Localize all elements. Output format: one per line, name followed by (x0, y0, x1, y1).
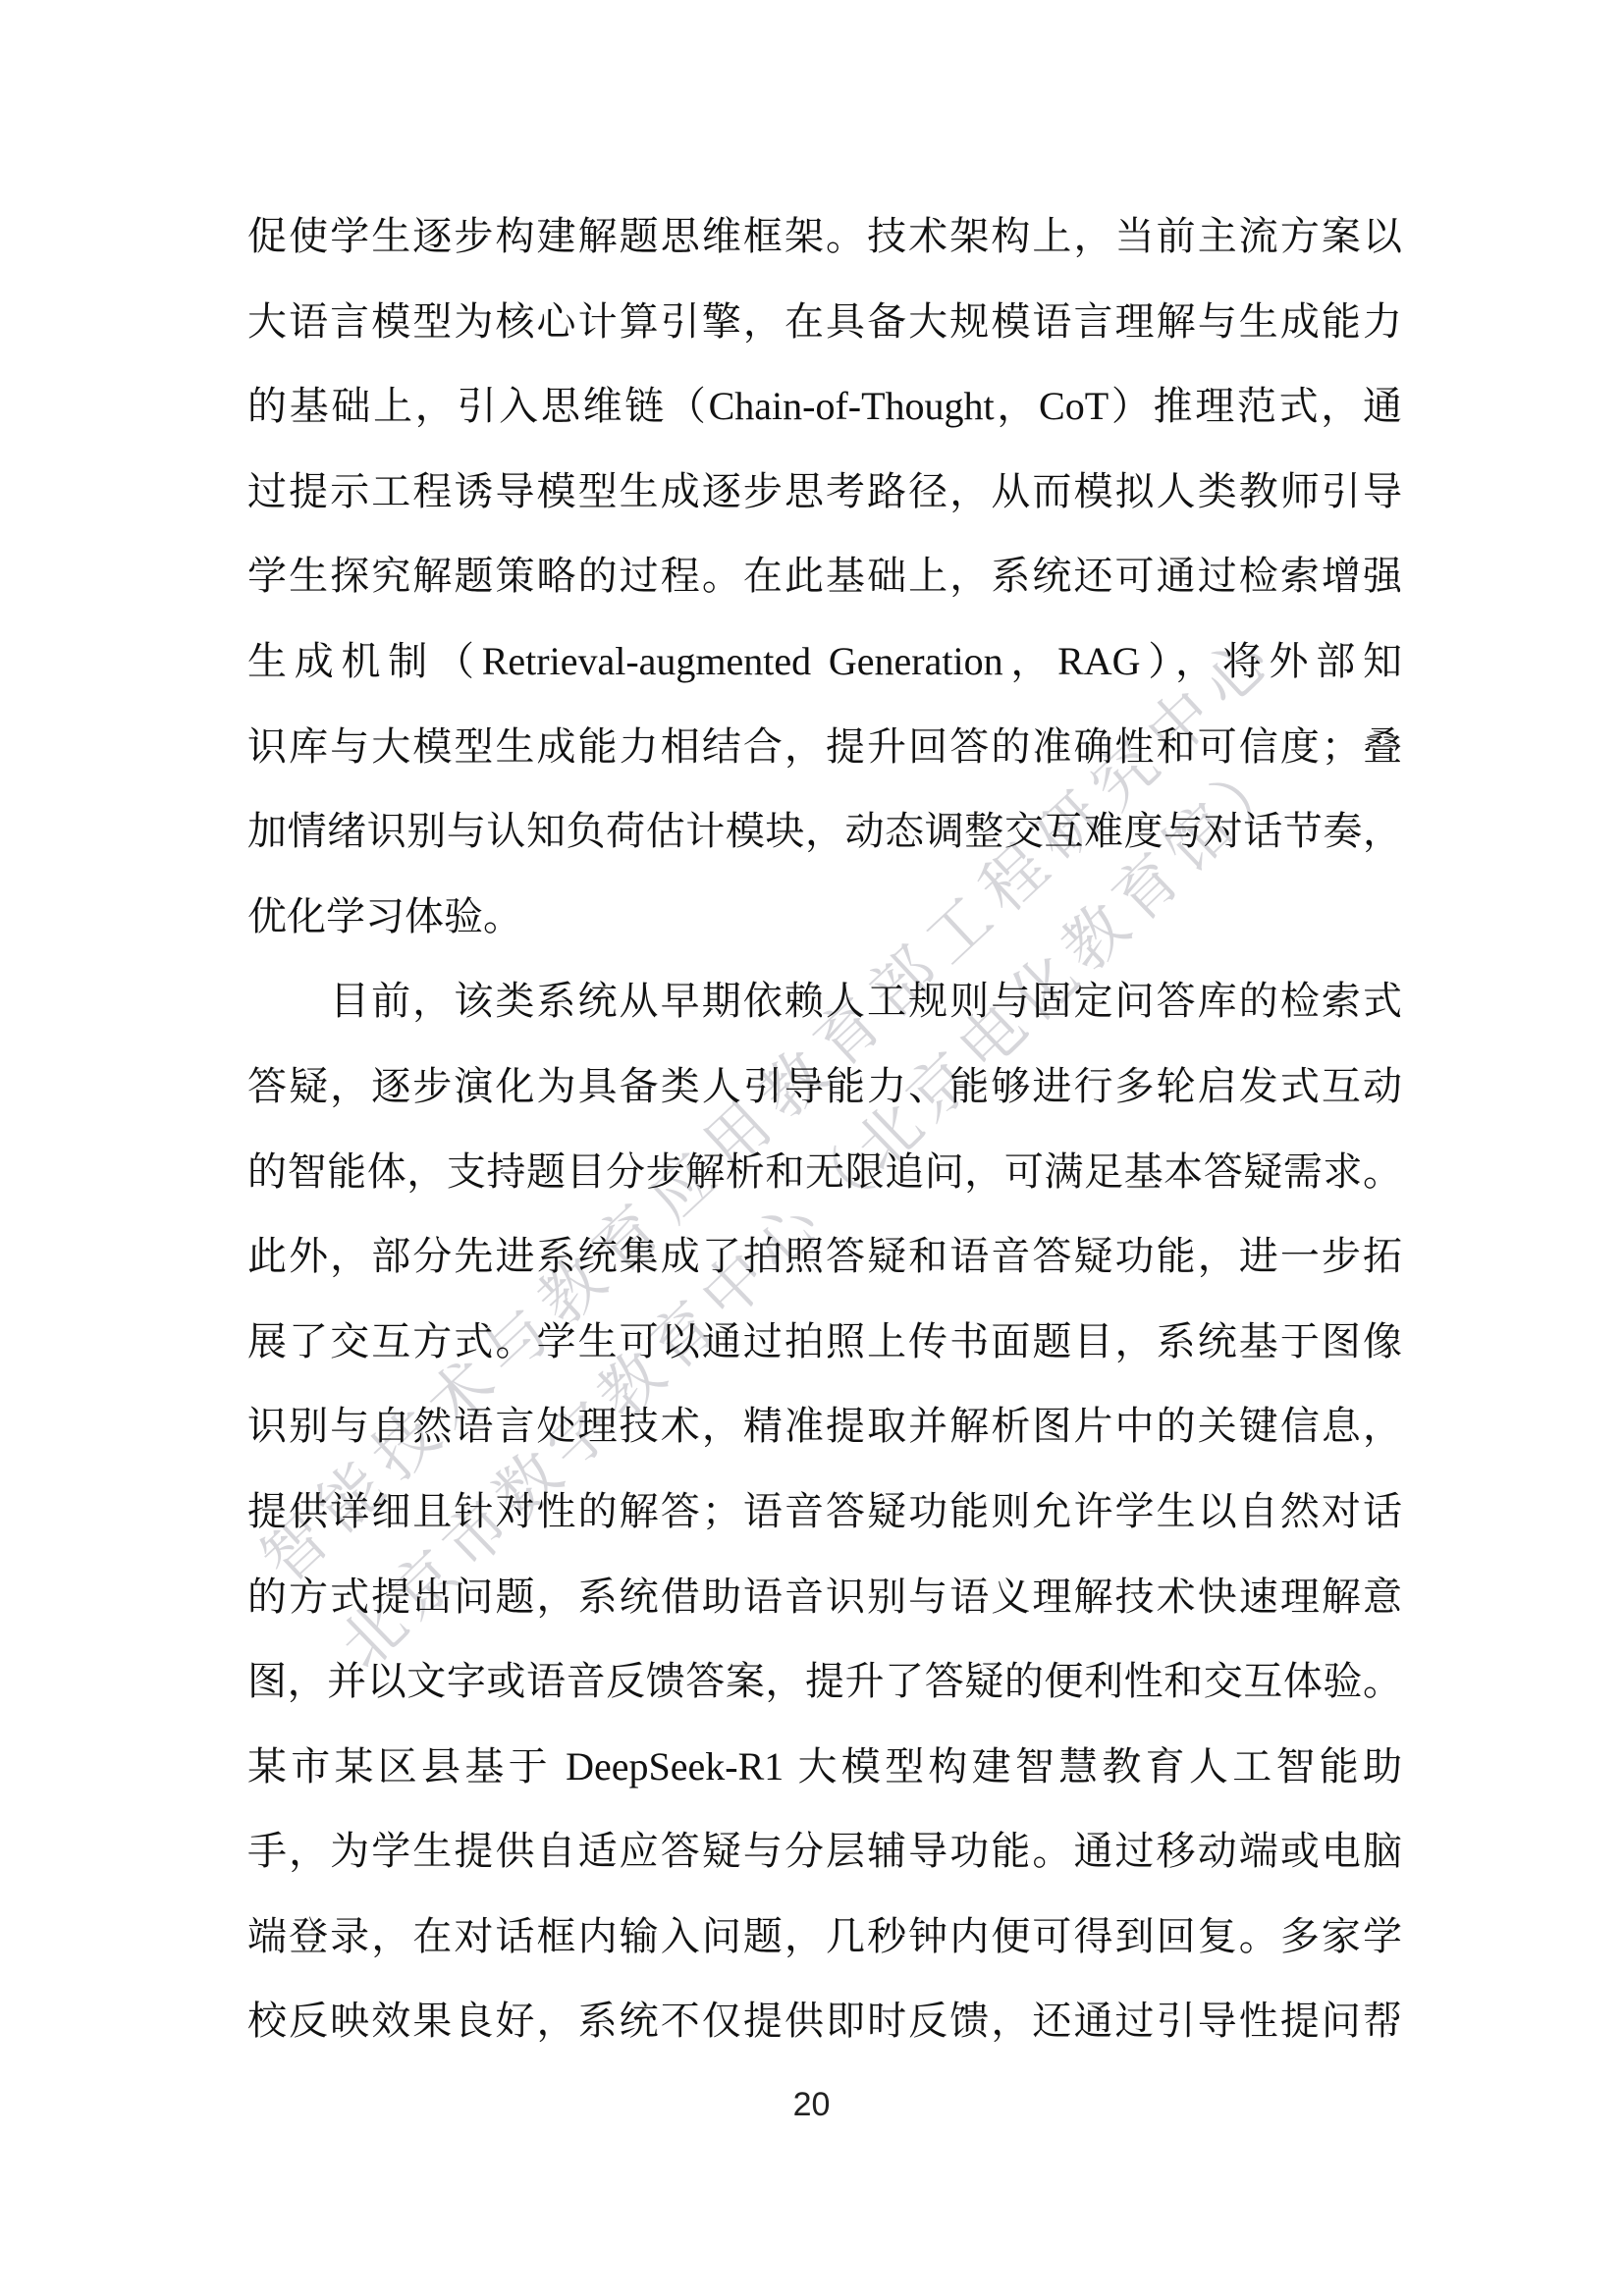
text-line: 答疑，逐步演化为具备类人引导能力、能够进行多轮启发式互动 (247, 1044, 1402, 1130)
body-text: 促使学生逐步构建解题思维框架。技术架构上，当前主流方案以大语言模型为核心计算引擎… (247, 194, 1402, 2064)
text-line: 提供详细且针对性的解答；语音答疑功能则允许学生以自然对话 (247, 1469, 1402, 1555)
text-line: 端登录，在对话框内输入问题，几秒钟内便可得到回复。多家学 (247, 1895, 1402, 1980)
text-line: 过提示工程诱导模型生成逐步思考路径，从而模拟人类教师引导 (247, 450, 1402, 535)
text-line: 的方式提出问题，系统借助语音识别与语义理解技术快速理解意 (247, 1555, 1402, 1640)
text-line: 的基础上，引入思维链（Chain-of-Thought，CoT）推理范式，通 (247, 364, 1402, 450)
document-page: 智能技术与教育应用教育部工程研究中心 北京市数字教育中心（北京电化教育馆） 促使… (0, 0, 1623, 2296)
text-line: 识别与自然语言处理技术，精准提取并解析图片中的关键信息， (247, 1384, 1402, 1469)
text-line: 加情绪识别与认知负荷估计模块，动态调整交互难度与对话节奏， (247, 789, 1402, 875)
text-line: 展了交互方式。学生可以通过拍照上传书面题目，系统基于图像 (247, 1300, 1402, 1385)
page-number: 20 (0, 2085, 1623, 2124)
text-line: 某市某区县基于 DeepSeek-R1 大模型构建智慧教育人工智能助 (247, 1725, 1402, 1810)
text-line: 大语言模型为核心计算引擎，在具备大规模语言理解与生成能力 (247, 280, 1402, 365)
text-line: 的智能体，支持题目分步解析和无限追问，可满足基本答疑需求。 (247, 1130, 1402, 1215)
text-line: 识库与大模型生成能力相结合，提升回答的准确性和可信度；叠 (247, 705, 1402, 790)
text-line: 目前，该类系统从早期依赖人工规则与固定问答库的检索式 (247, 959, 1402, 1044)
text-line: 促使学生逐步构建解题思维框架。技术架构上，当前主流方案以 (247, 194, 1402, 280)
text-line: 图，并以文字或语音反馈答案，提升了答疑的便利性和交互体验。 (247, 1639, 1402, 1725)
text-line: 优化学习体验。 (247, 875, 1402, 960)
text-line: 此外，部分先进系统集成了拍照答疑和语音答疑功能，进一步拓 (247, 1214, 1402, 1300)
text-line: 生成机制（Retrieval-augmented Generation，RAG）… (247, 619, 1402, 705)
text-line: 手，为学生提供自适应答疑与分层辅导功能。通过移动端或电脑 (247, 1809, 1402, 1895)
text-line: 学生探究解题策略的过程。在此基础上，系统还可通过检索增强 (247, 534, 1402, 619)
text-line: 校反映效果良好，系统不仅提供即时反馈，还通过引导性提问帮 (247, 1979, 1402, 2064)
